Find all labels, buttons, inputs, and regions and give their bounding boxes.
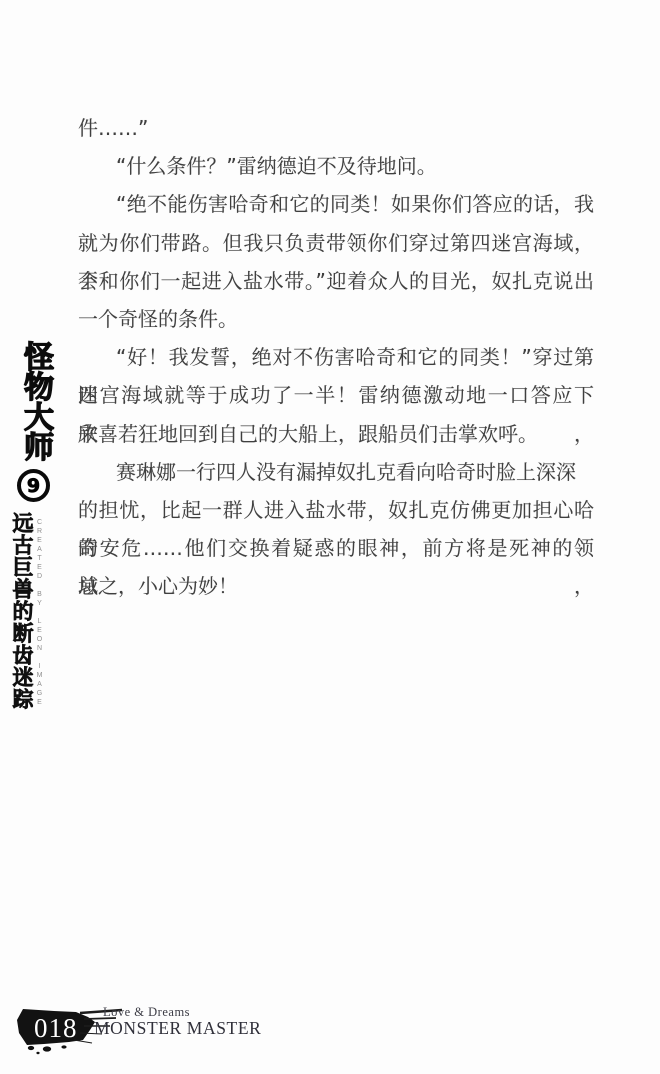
body-text: 件……” “什么条件？”雷纳德迫不及待地问。 “绝不能伤害哈奇和它的同类！如果你…: [78, 109, 594, 605]
credit-text: CREATED BY LEON IMAGE: [36, 519, 43, 708]
text-line: 一个奇怪的条件。: [78, 300, 594, 338]
volume-number-badge: 9: [17, 469, 50, 502]
volume-number: 9: [27, 475, 40, 497]
text-line: 赛琳娜一行四人没有漏掉奴扎克看向哈奇时脸上深深: [78, 453, 594, 491]
series-title: 怪物大师: [13, 341, 57, 461]
book-subtitle: 远古巨兽的断齿迷踪: [7, 512, 37, 710]
text-line: 的安危……他们交换着疑惑的眼神，前方将是死神的领域，: [78, 529, 594, 567]
text-line: 件……”: [78, 109, 594, 147]
text-line: “绝不能伤害哈奇和它的同类！如果你们答应的话，我: [78, 185, 594, 223]
brush-drips: [28, 1045, 67, 1054]
text-line: 的担忧，比起一群人进入盐水带，奴扎克仿佛更加担心哈奇: [78, 491, 594, 529]
page-number: 018: [34, 1013, 78, 1043]
text-line: 迷宫海域就等于成功了一半！雷纳德激动地一口答应下来，: [78, 376, 594, 414]
text-line: “什么条件？”雷纳德迫不及待地问。: [78, 147, 594, 185]
book-page: 怪物大师 9 远古巨兽的断齿迷踪 CREATED BY LEON IMAGE 件…: [0, 0, 660, 1074]
text-line: 会和你们一起进入盐水带。”迎着众人的目光，奴扎克说出: [78, 262, 594, 300]
text-line: “好！我发誓，绝对不伤害哈奇和它的同类！”穿过第四: [78, 338, 594, 376]
text-line: 就为你们带路。但我只负责带领你们穿过第四迷宫海域，不: [78, 224, 594, 262]
footer-brand: MONSTER MASTER: [94, 1018, 261, 1039]
text-line: 欣喜若狂地回到自己的大船上，跟船员们击掌欢呼。: [78, 415, 594, 453]
